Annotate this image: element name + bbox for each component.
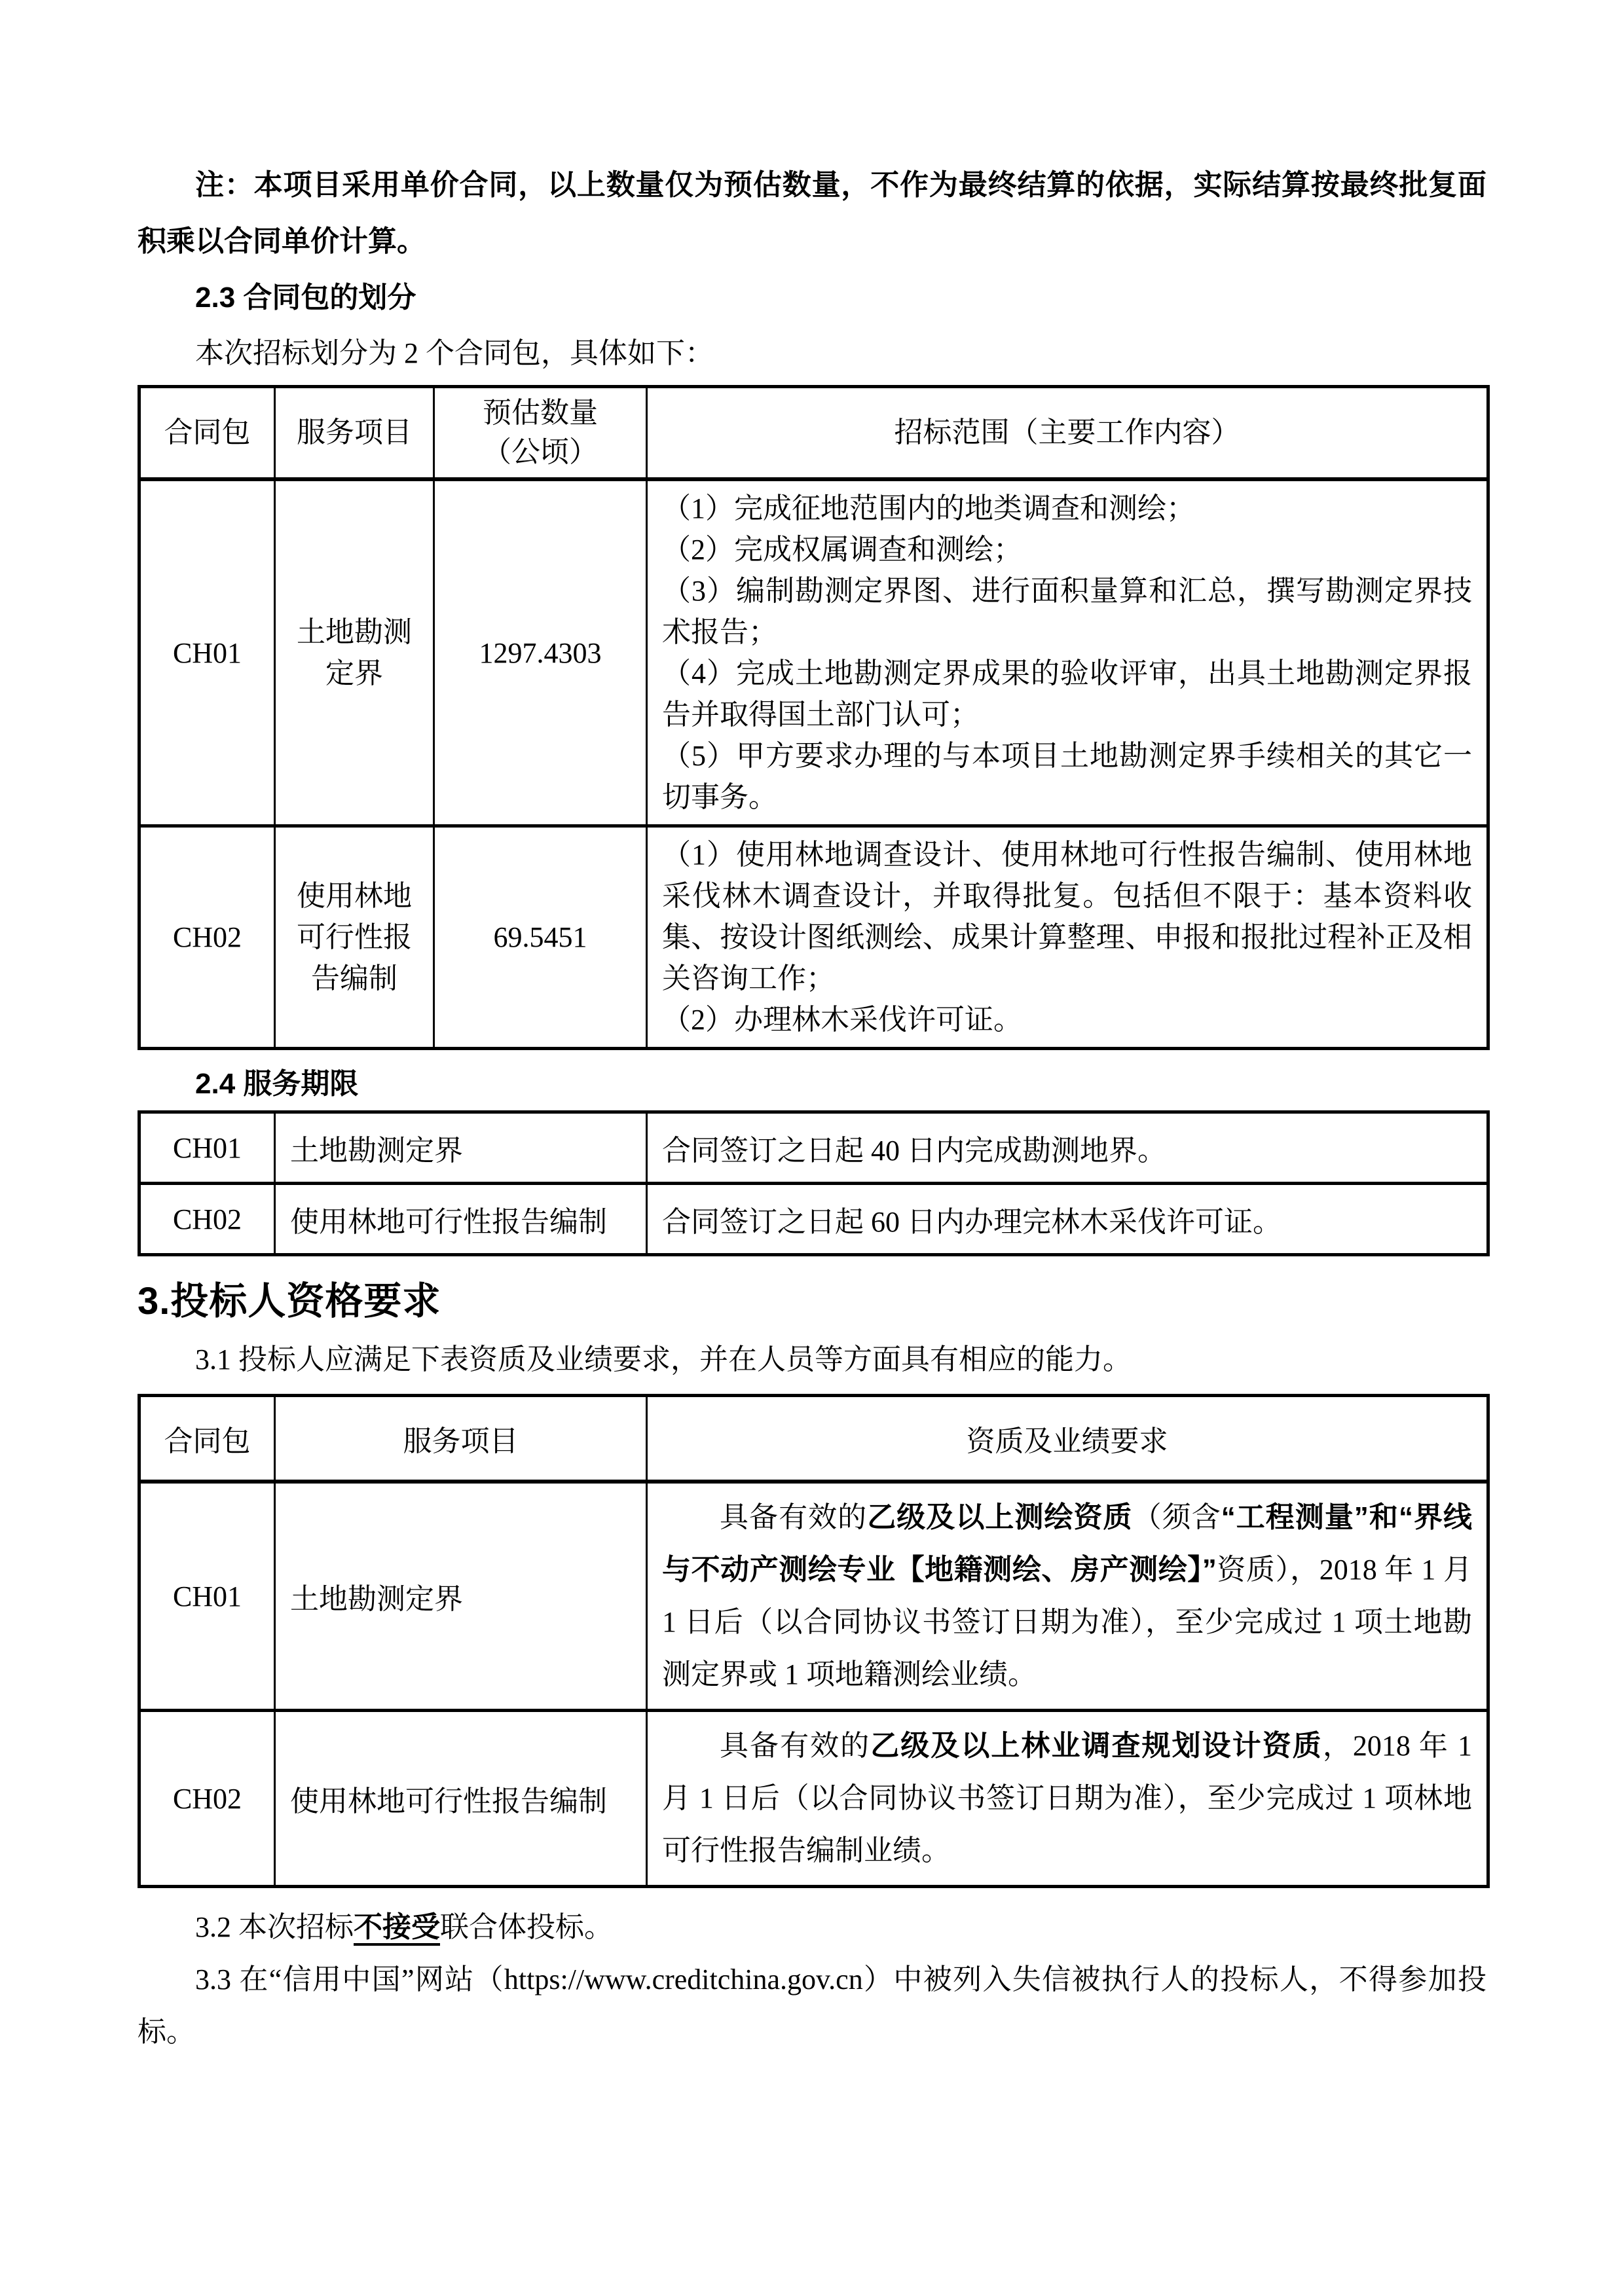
scope-item: （1）完成征地范围内的地类调查和测绘； bbox=[662, 488, 1472, 529]
note-paragraph: 注：本项目采用单价合同，以上数量仅为预估数量，不作为最终结算的依据，实际结算按最… bbox=[138, 157, 1486, 270]
header-package: 合同包 bbox=[139, 387, 275, 480]
qualification-requirement: 具备有效的乙级及以上林业调查规划设计资质，2018 年 1 月 1 日后（以合同… bbox=[647, 1711, 1488, 1887]
scope-item: （5）甲方要求办理的与本项目土地勘测定界手续相关的其它一切事务。 bbox=[662, 735, 1472, 818]
table-row: CH01 土地勘测定界 具备有效的乙级及以上测绘资质（须含“工程测量”和“界线与… bbox=[139, 1482, 1488, 1711]
package-id: CH02 bbox=[139, 1184, 275, 1255]
table-header-row: 合同包 服务项目 预估数量 （公顷） 招标范围（主要工作内容） bbox=[139, 387, 1488, 480]
scope-item: （4）完成土地勘测定界成果的验收评审，出具土地勘测定界报告并取得国土部门认可； bbox=[662, 653, 1472, 735]
service-name: 使用林地可行性报告编制 bbox=[275, 1184, 647, 1255]
service-period-table: CH01 土地勘测定界 合同签订之日起 40 日内完成勘测地界。 CH02 使用… bbox=[138, 1110, 1490, 1256]
header-scope: 招标范围（主要工作内容） bbox=[647, 387, 1488, 480]
package-id: CH01 bbox=[139, 1482, 275, 1711]
scope-item: （1）使用林地调查设计、使用林地可行性报告编制、使用林地采伐林木调查设计，并取得… bbox=[662, 834, 1472, 999]
text-segment: 具备有效的 bbox=[720, 1501, 867, 1533]
package-id: CH02 bbox=[139, 1711, 275, 1887]
qualification-requirement: 具备有效的乙级及以上测绘资质（须含“工程测量”和“界线与不动产测绘专业【地籍测绘… bbox=[647, 1482, 1488, 1711]
text-segment: 3.2 本次招标 bbox=[195, 1911, 354, 1943]
section-2-3-heading: 2.3 合同包的划分 bbox=[138, 270, 1486, 326]
emphasized-text: 乙级及以上测绘资质 bbox=[867, 1501, 1132, 1533]
text-segment: 具备有效的 bbox=[720, 1730, 870, 1762]
text-segment: 联合体投标。 bbox=[440, 1911, 613, 1943]
service-name: 使用林地可行性报告编制 bbox=[275, 826, 434, 1049]
section-3-2-paragraph: 3.2 本次招标不接受联合体投标。 bbox=[138, 1901, 1486, 1954]
emphasized-text: 乙级及以上林业调查规划设计资质 bbox=[870, 1730, 1323, 1762]
text-segment: （须含 bbox=[1133, 1501, 1221, 1533]
document-page: 注：本项目采用单价合同，以上数量仅为预估数量，不作为最终结算的依据，实际结算按最… bbox=[0, 0, 1624, 2296]
table-row: CH02 使用林地可行性报告编制 具备有效的乙级及以上林业调查规划设计资质，20… bbox=[139, 1711, 1488, 1887]
section-2-4-heading: 2.4 服务期限 bbox=[138, 1067, 1486, 1101]
package-id: CH02 bbox=[139, 826, 275, 1049]
table-row: CH01 土地勘测定界 1297.4303 （1）完成征地范围内的地类调查和测绘… bbox=[139, 479, 1488, 826]
estimated-quantity: 1297.4303 bbox=[434, 479, 647, 826]
emphasized-text: 不接受 bbox=[354, 1911, 440, 1943]
emphasized-text: “工程测量” bbox=[1221, 1501, 1369, 1533]
header-service: 服务项目 bbox=[275, 387, 434, 480]
header-service: 服务项目 bbox=[275, 1396, 647, 1482]
scope-item: （2）办理林木采伐许可证。 bbox=[662, 999, 1472, 1040]
qualification-requirements-table: 合同包 服务项目 资质及业绩要求 CH01 土地勘测定界 具备有效的乙级及以上测… bbox=[138, 1394, 1490, 1888]
section-2-3-intro: 本次招标划分为 2 个合同包，具体如下： bbox=[138, 326, 1486, 381]
section-3-1-paragraph: 3.1 投标人应满足下表资质及业绩要求，并在人员等方面具有相应的能力。 bbox=[138, 1340, 1486, 1379]
table-header-row: 合同包 服务项目 资质及业绩要求 bbox=[139, 1396, 1488, 1482]
scope-content: （1）完成征地范围内的地类调查和测绘； （2）完成权属调查和测绘； （3）编制勘… bbox=[647, 479, 1488, 826]
table-row: CH02 使用林地可行性报告编制 69.5451 （1）使用林地调查设计、使用林… bbox=[139, 826, 1488, 1049]
header-quantity-line1: 预估数量 bbox=[435, 393, 646, 433]
contract-packages-table: 合同包 服务项目 预估数量 （公顷） 招标范围（主要工作内容） CH01 土地勘… bbox=[138, 385, 1490, 1050]
package-id: CH01 bbox=[139, 1112, 275, 1184]
scope-item: （2）完成权属调查和测绘； bbox=[662, 529, 1472, 570]
header-package: 合同包 bbox=[139, 1396, 275, 1482]
header-requirements: 资质及业绩要求 bbox=[647, 1396, 1488, 1482]
service-name: 土地勘测定界 bbox=[275, 479, 434, 826]
section-3-heading: 3.投标人资格要求 bbox=[138, 1279, 1486, 1324]
table-row: CH02 使用林地可行性报告编制 合同签订之日起 60 日内办理完林木采伐许可证… bbox=[139, 1184, 1488, 1255]
service-term: 合同签订之日起 60 日内办理完林木采伐许可证。 bbox=[647, 1184, 1488, 1255]
header-quantity-line2: （公顷） bbox=[435, 433, 646, 472]
emphasized-text: 和 bbox=[1369, 1501, 1399, 1533]
service-name: 使用林地可行性报告编制 bbox=[275, 1711, 647, 1887]
section-3-3-paragraph: 3.3 在“信用中国”网站（https://www.creditchina.go… bbox=[138, 1954, 1486, 2058]
page-content: 注：本项目采用单价合同，以上数量仅为预估数量，不作为最终结算的依据，实际结算按最… bbox=[0, 0, 1624, 2058]
table-row: CH01 土地勘测定界 合同签订之日起 40 日内完成勘测地界。 bbox=[139, 1112, 1488, 1184]
header-quantity: 预估数量 （公顷） bbox=[434, 387, 647, 480]
scope-content: （1）使用林地调查设计、使用林地可行性报告编制、使用林地采伐林木调查设计，并取得… bbox=[647, 826, 1488, 1049]
scope-item: （3）编制勘测定界图、进行面积量算和汇总，撰写勘测定界技术报告； bbox=[662, 570, 1472, 653]
package-id: CH01 bbox=[139, 479, 275, 826]
service-name: 土地勘测定界 bbox=[275, 1482, 647, 1711]
service-name: 土地勘测定界 bbox=[275, 1112, 647, 1184]
service-term: 合同签订之日起 40 日内完成勘测地界。 bbox=[647, 1112, 1488, 1184]
estimated-quantity: 69.5451 bbox=[434, 826, 647, 1049]
